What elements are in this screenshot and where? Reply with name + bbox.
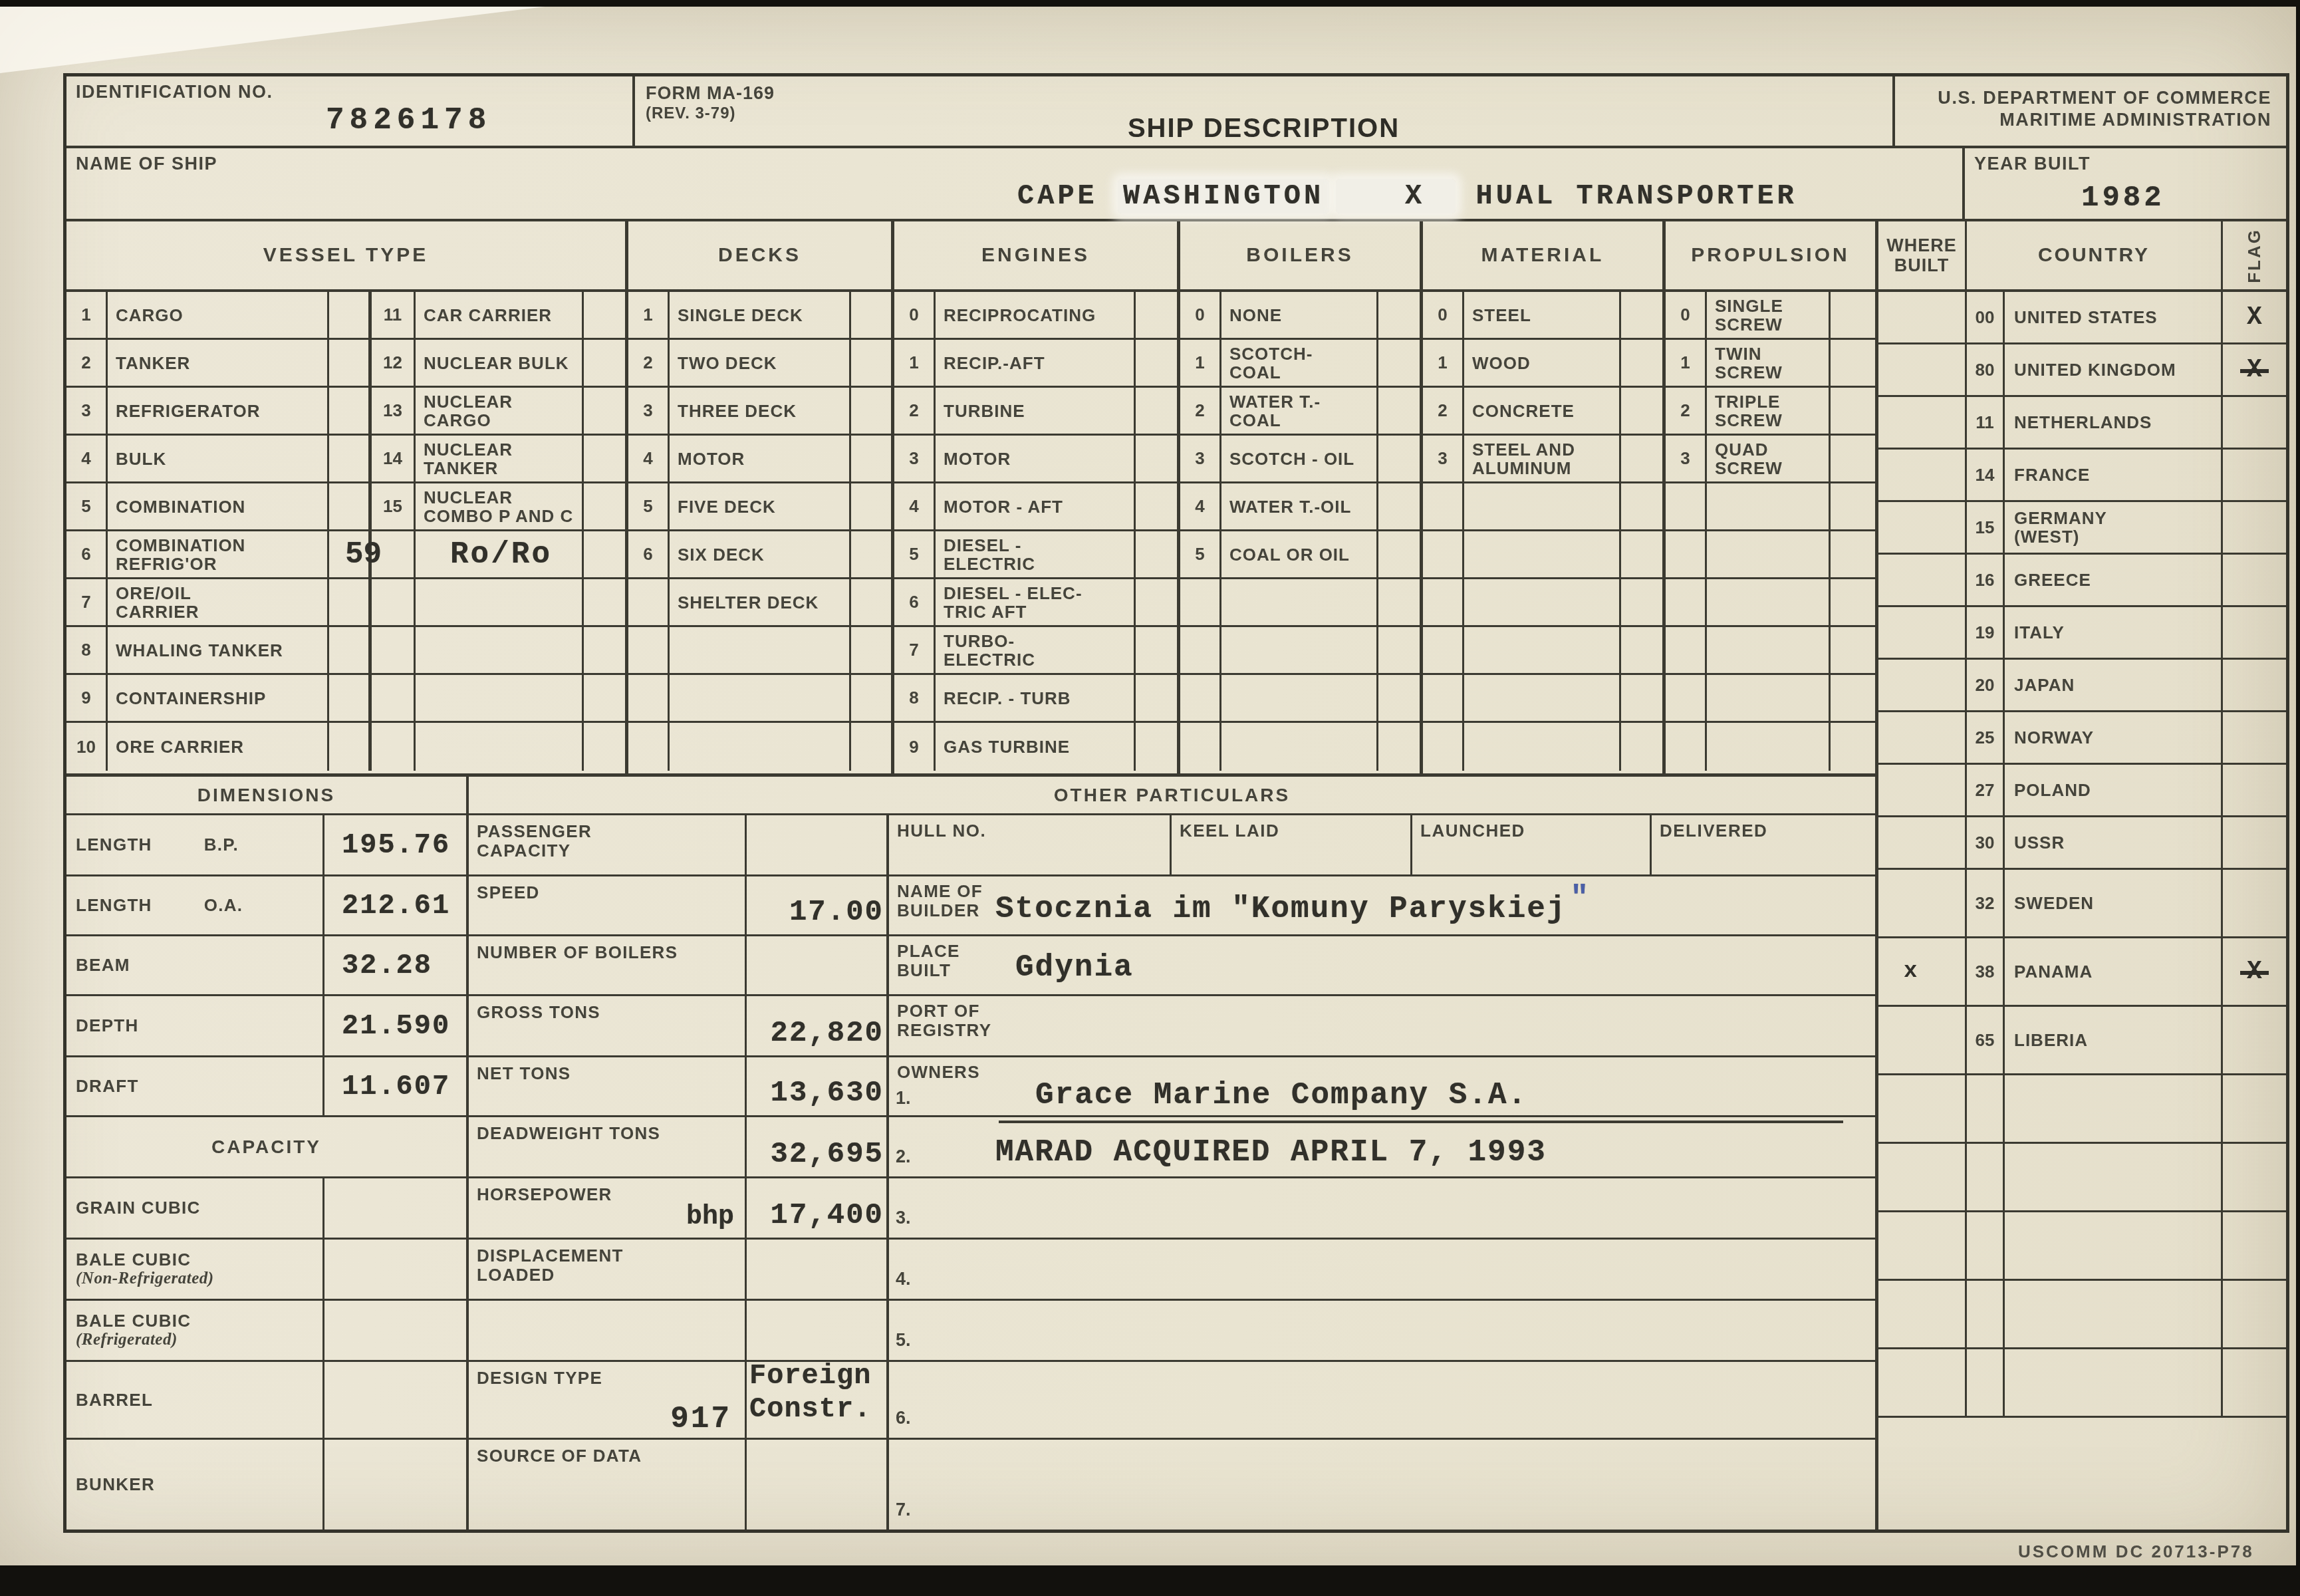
code-label: WOOD bbox=[1464, 340, 1621, 386]
dim-value-cell: 212.61 bbox=[324, 876, 469, 934]
empty-cell bbox=[372, 579, 416, 625]
flag-cell bbox=[2223, 607, 2286, 658]
flag-cell bbox=[2223, 1007, 2286, 1073]
empty-cell bbox=[1707, 627, 1831, 673]
code-row: 3STEEL AND ALUMINUM bbox=[1423, 436, 1662, 483]
capacity-label: BARREL bbox=[76, 1391, 322, 1410]
code-row bbox=[1180, 723, 1420, 771]
flag-cell bbox=[2223, 555, 2286, 605]
code-row: SHELTER DECK bbox=[628, 579, 891, 627]
code-row bbox=[1666, 723, 1875, 771]
country-row: 65LIBERIA bbox=[1878, 1007, 2286, 1075]
code-number: 4 bbox=[628, 436, 670, 481]
particulars-row: BEAM 32.28 NUMBER OF BOILERS PLACE BUILT… bbox=[66, 936, 1875, 996]
empty-cell bbox=[1423, 579, 1464, 625]
country-code: 16 bbox=[1967, 555, 2005, 605]
check-cell bbox=[1831, 531, 1875, 577]
dim-value: 32.28 bbox=[342, 950, 432, 982]
code-row: 7ORE/OIL CARRIER bbox=[66, 579, 625, 627]
code-number: 2 bbox=[1423, 388, 1464, 434]
check-cell bbox=[1621, 627, 1662, 673]
empty-cell bbox=[670, 675, 851, 721]
registry-header: WHERE BUILT COUNTRY FLAG bbox=[1878, 221, 2286, 292]
capacity-label-cell: BALE CUBIC(Refrigerated) bbox=[66, 1301, 324, 1360]
check-cell bbox=[1621, 340, 1662, 386]
check-cell bbox=[1831, 627, 1875, 673]
country-header: COUNTRY bbox=[1967, 221, 2223, 289]
mid-value: 17.00 bbox=[789, 896, 884, 929]
check-cell bbox=[329, 579, 372, 625]
check-cell bbox=[1621, 675, 1662, 721]
dim-value: 21.590 bbox=[342, 1010, 450, 1042]
check-cell bbox=[851, 723, 891, 771]
empty-cell bbox=[372, 675, 416, 721]
mid-label: DESIGN TYPE bbox=[477, 1368, 602, 1388]
particulars-section: DIMENSIONS OTHER PARTICULARS LENGTHB.P. … bbox=[66, 773, 1875, 1529]
empty-cell bbox=[2005, 1212, 2223, 1279]
code-number: 12 bbox=[372, 340, 416, 386]
mid-label-cell: SOURCE OF DATA bbox=[469, 1440, 747, 1529]
empty-cell bbox=[1464, 675, 1621, 721]
mid-label-cell: PASSENGER CAPACITY bbox=[469, 815, 747, 874]
code-number: 13 bbox=[372, 388, 416, 434]
where-built-cell bbox=[1878, 344, 1967, 395]
dim-label: BEAM bbox=[66, 936, 324, 994]
mid-label: NET TONS bbox=[477, 1063, 571, 1083]
capacity-label-cell: GRAIN CUBIC bbox=[66, 1178, 324, 1238]
capacity-label: GRAIN CUBIC bbox=[76, 1198, 322, 1218]
code-row: 1WOOD bbox=[1423, 340, 1662, 388]
mid-label-cell bbox=[469, 1301, 747, 1360]
where-built-cell bbox=[1878, 292, 1967, 342]
empty-cell bbox=[628, 675, 670, 721]
code-row bbox=[1666, 483, 1875, 531]
code-number: 7 bbox=[894, 627, 936, 673]
check-cell bbox=[1621, 579, 1662, 625]
code-row: 3SCOTCH - OIL bbox=[1180, 436, 1420, 483]
country-code: 14 bbox=[1967, 450, 2005, 500]
dimensions-header: DIMENSIONS bbox=[66, 777, 469, 813]
country-code: 38 bbox=[1967, 938, 2005, 1005]
code-row: 8RECIP. - TURB bbox=[894, 675, 1177, 723]
code-label: DIESEL - ELECTRIC bbox=[936, 531, 1136, 577]
code-number: 0 bbox=[1423, 292, 1464, 338]
capacity-value-cell bbox=[324, 1178, 469, 1238]
empty-cell bbox=[416, 675, 584, 721]
country-name: USSR bbox=[2005, 817, 2223, 868]
ship-name-overtype: X bbox=[1336, 179, 1456, 213]
empty-cell bbox=[2005, 1349, 2223, 1416]
other-particulars-header: OTHER PARTICULARS bbox=[469, 777, 1875, 813]
code-row: 2WATER T.- COAL bbox=[1180, 388, 1420, 436]
flag-label: FLAG bbox=[2244, 228, 2265, 283]
where-built-cell bbox=[1878, 660, 1967, 710]
empty-cell bbox=[1666, 627, 1707, 673]
check-cell bbox=[1378, 483, 1420, 529]
check-cell bbox=[1378, 436, 1420, 481]
empty-cell bbox=[1180, 675, 1221, 721]
code-row: 4MOTOR bbox=[628, 436, 891, 483]
country-code: 80 bbox=[1967, 344, 2005, 395]
empty-cell bbox=[1707, 531, 1831, 577]
code-row bbox=[1180, 627, 1420, 675]
country-name: SWEDEN bbox=[2005, 870, 2223, 936]
code-row bbox=[1666, 675, 1875, 723]
design-type-note: Foreign Constr. bbox=[747, 1359, 886, 1426]
code-row bbox=[1423, 483, 1662, 531]
mid-value: 17,400 bbox=[771, 1199, 884, 1232]
owner-row-cell: 2.MARAD ACQUIRED APRIL 7, 1993 bbox=[889, 1117, 1875, 1176]
code-number: 8 bbox=[66, 627, 108, 673]
check-cell bbox=[329, 388, 372, 434]
country-name: NORWAY bbox=[2005, 712, 2223, 763]
code-label: WATER T.-OIL bbox=[1221, 483, 1378, 529]
check-cell bbox=[584, 340, 625, 386]
empty-cell bbox=[416, 627, 584, 673]
empty-cell bbox=[1707, 483, 1831, 529]
code-row: 3REFRIGERATOR13NUCLEAR CARGO bbox=[66, 388, 625, 436]
code-label: NUCLEAR COMBO P AND C bbox=[416, 483, 584, 529]
code-label: MOTOR bbox=[670, 436, 851, 481]
code-row: 2TANKER12NUCLEAR BULK bbox=[66, 340, 625, 388]
country-row: 25NORWAY bbox=[1878, 712, 2286, 765]
owner-number: 3. bbox=[896, 1208, 911, 1228]
check-cell bbox=[1378, 723, 1420, 771]
owner-row-cell: 4. bbox=[889, 1240, 1875, 1299]
mid-label: GROSS TONS bbox=[477, 1002, 600, 1022]
check-cell bbox=[584, 723, 625, 771]
mid-label-cell: DESIGN TYPE917 bbox=[469, 1362, 747, 1438]
government-print-code: USCOMM DC 20713-P78 bbox=[2018, 1541, 2254, 1562]
decks-header: DECKS bbox=[628, 221, 891, 292]
check-cell bbox=[1136, 483, 1177, 529]
typed-vessel-label-value: Ro/Ro bbox=[450, 545, 552, 564]
code-row: 5FIVE DECK bbox=[628, 483, 891, 531]
code-row bbox=[628, 675, 891, 723]
mid-value-cell bbox=[747, 936, 889, 994]
mid-value-cell: 32,695 bbox=[747, 1117, 889, 1176]
check-cell bbox=[1831, 388, 1875, 434]
empty-cell bbox=[2005, 1281, 2223, 1347]
where-built-cell bbox=[1878, 1281, 1967, 1347]
country-name: PANAMA bbox=[2005, 938, 2223, 1005]
code-row: 8WHALING TANKER bbox=[66, 627, 625, 675]
code-row bbox=[1423, 675, 1662, 723]
check-cell bbox=[584, 292, 625, 338]
check-cell bbox=[1378, 675, 1420, 721]
code-number: 2 bbox=[894, 388, 936, 434]
empty-cell bbox=[2005, 1144, 2223, 1210]
where-built-cell bbox=[1878, 765, 1967, 815]
code-number: 3 bbox=[1180, 436, 1221, 481]
code-label: THREE DECK bbox=[670, 388, 851, 434]
check-cell bbox=[1136, 340, 1177, 386]
owners-cell: OWNERS 1. Grace Marine Company S.A. bbox=[889, 1057, 1875, 1115]
code-row: 6COMBINATION REFRIG'OR59Ro/Ro bbox=[66, 531, 625, 579]
dim-label-main: BEAM bbox=[76, 956, 130, 975]
department-line1: U.S. DEPARTMENT OF COMMERCE bbox=[1895, 87, 2271, 109]
code-row: 3THREE DECK bbox=[628, 388, 891, 436]
code-number: 0 bbox=[1666, 292, 1707, 338]
mid-value-cell: Foreign Constr. bbox=[747, 1362, 889, 1438]
propulsion-header: PROPULSION bbox=[1666, 221, 1875, 292]
check-cell bbox=[1378, 531, 1420, 577]
year-built-label: YEAR BUILT bbox=[1974, 154, 2091, 174]
check-cell bbox=[329, 436, 372, 481]
flag-cell bbox=[2223, 817, 2286, 868]
code-number: 5 bbox=[894, 531, 936, 577]
code-row: 1RECIP.-AFT bbox=[894, 340, 1177, 388]
flag-cell bbox=[2223, 397, 2286, 448]
check-cell bbox=[329, 675, 372, 721]
check-cell bbox=[329, 483, 372, 529]
dim-value-cell: 195.76 bbox=[324, 815, 469, 874]
where-built-cell bbox=[1878, 397, 1967, 448]
dim-label-abbrev: B.P. bbox=[204, 835, 239, 855]
code-label: RECIP. - TURB bbox=[936, 675, 1136, 721]
code-row bbox=[1180, 675, 1420, 723]
mid-label: DISPLACEMENT LOADED bbox=[477, 1246, 624, 1285]
code-label: SCOTCH - OIL bbox=[1221, 436, 1378, 481]
code-row: 2TWO DECK bbox=[628, 340, 891, 388]
check-cell bbox=[584, 579, 625, 625]
code-label: NUCLEAR TANKER bbox=[416, 436, 584, 481]
mid-label: DEADWEIGHT TONS bbox=[477, 1123, 660, 1143]
flag-cell bbox=[2223, 1212, 2286, 1279]
where-built-cell bbox=[1878, 1075, 1967, 1142]
where-built-cell bbox=[1878, 870, 1967, 936]
code-row: 6DIESEL - ELEC- TRIC AFT bbox=[894, 579, 1177, 627]
check-cell bbox=[1378, 292, 1420, 338]
hull-no-label: HULL NO. bbox=[889, 815, 1172, 874]
hull-dates-cell: HULL NO. KEEL LAID LAUNCHED DELIVERED bbox=[889, 815, 1875, 874]
code-number: 1 bbox=[1666, 340, 1707, 386]
capacity-value-cell bbox=[324, 1301, 469, 1360]
flag-cell bbox=[2223, 870, 2286, 936]
code-label: CARGO bbox=[108, 292, 329, 338]
code-row: 5COAL OR OIL bbox=[1180, 531, 1420, 579]
capacity-value-cell bbox=[324, 1362, 469, 1438]
code-row: 4BULK14NUCLEAR TANKER bbox=[66, 436, 625, 483]
capacity-value-cell bbox=[324, 1440, 469, 1529]
dim-value: 212.61 bbox=[342, 890, 450, 922]
particulars-row: LENGTHB.P. 195.76 PASSENGER CAPACITY HUL… bbox=[66, 815, 1875, 876]
particulars-row: GRAIN CUBIC HORSEPOWERbhp 17,400 3. bbox=[66, 1178, 1875, 1240]
where-built-cell bbox=[1878, 502, 1967, 553]
code-number: 11 bbox=[372, 292, 416, 338]
registry-strip: WHERE BUILT COUNTRY FLAG 00UNITED STATES… bbox=[1875, 221, 2286, 1529]
code-number: 15 bbox=[372, 483, 416, 529]
material-header: MATERIAL bbox=[1423, 221, 1662, 292]
empty-cell bbox=[1666, 531, 1707, 577]
section-decks: DECKS 1SINGLE DECK 2TWO DECK 3THREE DECK… bbox=[628, 221, 894, 773]
dim-label: LENGTHB.P. bbox=[66, 815, 324, 874]
code-label: QUAD SCREW bbox=[1707, 436, 1831, 481]
check-cell bbox=[1621, 436, 1662, 481]
flag-cell bbox=[2223, 1281, 2286, 1347]
check-cell bbox=[851, 627, 891, 673]
mid-value-cell: 22,820 bbox=[747, 996, 889, 1055]
country-row: 15GERMANY (WEST) bbox=[1878, 502, 2286, 555]
code-label: STEEL bbox=[1464, 292, 1621, 338]
country-row-empty bbox=[1878, 1349, 2286, 1418]
mid-label: SOURCE OF DATA bbox=[477, 1446, 642, 1466]
page-title: SHIP DESCRIPTION bbox=[635, 114, 1892, 144]
empty-cell bbox=[1464, 483, 1621, 529]
flag-cell bbox=[2223, 450, 2286, 500]
code-number: 4 bbox=[1180, 483, 1221, 529]
country-row: 16GREECE bbox=[1878, 555, 2286, 607]
check-cell bbox=[1621, 483, 1662, 529]
section-material: MATERIAL 0STEEL 1WOOD 2CONCRETE 3STEEL A… bbox=[1423, 221, 1666, 773]
code-label: SINGLE SCREW bbox=[1707, 292, 1831, 338]
builder-cell: NAME OF BUILDER Stocznia im "Komuny Pary… bbox=[889, 876, 1875, 934]
check-cell bbox=[1136, 531, 1177, 577]
mid-value: 32,695 bbox=[771, 1138, 884, 1171]
mid-value-cell bbox=[747, 1240, 889, 1299]
code-row: 4WATER T.-OIL bbox=[1180, 483, 1420, 531]
code-number: 2 bbox=[628, 340, 670, 386]
check-cell bbox=[851, 579, 891, 625]
empty-cell bbox=[1666, 675, 1707, 721]
flag-cell: X bbox=[2223, 938, 2286, 1005]
country-row: 27POLAND bbox=[1878, 765, 2286, 817]
code-label: TWIN SCREW bbox=[1707, 340, 1831, 386]
code-number bbox=[628, 579, 670, 625]
check-cell bbox=[1621, 531, 1662, 577]
code-label: WHALING TANKER bbox=[108, 627, 329, 673]
check-cell bbox=[1136, 627, 1177, 673]
empty-cell bbox=[416, 723, 584, 771]
check-cell bbox=[1136, 388, 1177, 434]
dim-label-abbrev: O.A. bbox=[204, 896, 243, 915]
code-label: BULK bbox=[108, 436, 329, 481]
design-type-value: 917 bbox=[670, 1402, 731, 1436]
empty-cell bbox=[1967, 1212, 2005, 1279]
mid-label-cell: NET TONS bbox=[469, 1057, 747, 1115]
check-cell bbox=[584, 483, 625, 529]
country-row-empty bbox=[1878, 1144, 2286, 1212]
country-name: UNITED KINGDOM bbox=[2005, 344, 2223, 395]
code-row: 1SCOTCH- COAL bbox=[1180, 340, 1420, 388]
code-row: 3QUAD SCREW bbox=[1666, 436, 1875, 483]
particulars-row: DRAFT 11.607 NET TONS 13,630 OWNERS 1. G… bbox=[66, 1057, 1875, 1117]
country-code: 19 bbox=[1967, 607, 2005, 658]
delivered-label: DELIVERED bbox=[1652, 815, 1875, 874]
empty-cell bbox=[1221, 675, 1378, 721]
country-name: GERMANY (WEST) bbox=[2005, 502, 2223, 553]
check-cell bbox=[1831, 483, 1875, 529]
flag-header: FLAG bbox=[2223, 228, 2286, 283]
empty-cell bbox=[670, 723, 851, 771]
check-cell bbox=[851, 675, 891, 721]
check-cell bbox=[584, 436, 625, 481]
where-built-cell: x bbox=[1878, 938, 1967, 1005]
mid-label: SPEED bbox=[477, 882, 540, 902]
empty-cell bbox=[1707, 675, 1831, 721]
code-number: 1 bbox=[1423, 340, 1464, 386]
code-number: 3 bbox=[1423, 436, 1464, 481]
code-row bbox=[1180, 579, 1420, 627]
code-row bbox=[628, 627, 891, 675]
country-name: JAPAN bbox=[2005, 660, 2223, 710]
code-number: 6 bbox=[66, 531, 108, 577]
owner-number: 5. bbox=[896, 1330, 911, 1351]
country-row-empty bbox=[1878, 1281, 2286, 1349]
empty-cell bbox=[1666, 723, 1707, 771]
code-number: 4 bbox=[66, 436, 108, 481]
country-name: UNITED STATES bbox=[2005, 292, 2223, 342]
check-cell bbox=[1621, 292, 1662, 338]
dim-label-main: LENGTH bbox=[76, 835, 152, 855]
empty-cell bbox=[1464, 531, 1621, 577]
code-number: 5 bbox=[66, 483, 108, 529]
where-built-cell bbox=[1878, 607, 1967, 658]
code-label: TURBINE bbox=[936, 388, 1136, 434]
check-cell bbox=[329, 292, 372, 338]
code-number: 1 bbox=[66, 292, 108, 338]
code-row: 4MOTOR - AFT bbox=[894, 483, 1177, 531]
check-cell bbox=[1136, 436, 1177, 481]
country-code: 15 bbox=[1967, 502, 2005, 553]
country-row: x38PANAMAX bbox=[1878, 938, 2286, 1007]
code-row bbox=[628, 723, 891, 771]
code-row: 6SIX DECK bbox=[628, 531, 891, 579]
code-row bbox=[1423, 627, 1662, 675]
country-code: 65 bbox=[1967, 1007, 2005, 1073]
code-row: 1SINGLE DECK bbox=[628, 292, 891, 340]
dim-value: 11.607 bbox=[342, 1071, 450, 1103]
where-built-cell bbox=[1878, 817, 1967, 868]
capacity-label-cell: BARREL bbox=[66, 1362, 324, 1438]
code-number: 0 bbox=[1180, 292, 1221, 338]
country-code: 11 bbox=[1967, 397, 2005, 448]
code-label: RECIPROCATING bbox=[936, 292, 1136, 338]
owner-number: 2. bbox=[896, 1146, 911, 1167]
dim-label: LENGTHO.A. bbox=[66, 876, 324, 934]
where-built-cell bbox=[1878, 1212, 1967, 1279]
empty-cell bbox=[1666, 483, 1707, 529]
mid-label-cell: DEADWEIGHT TONS bbox=[469, 1117, 747, 1176]
empty-cell bbox=[1707, 579, 1831, 625]
code-label: NUCLEAR BULK bbox=[416, 340, 584, 386]
code-label: SHELTER DECK bbox=[670, 579, 851, 625]
code-label: SINGLE DECK bbox=[670, 292, 851, 338]
code-number: 1 bbox=[894, 340, 936, 386]
empty-cell bbox=[1423, 723, 1464, 771]
vessel-type-header: VESSEL TYPE bbox=[66, 221, 625, 292]
mid-value-cell: 17.00 bbox=[747, 876, 889, 934]
particulars-row: BALE CUBIC(Non-Refrigerated) DISPLACEMEN… bbox=[66, 1240, 1875, 1301]
empty-cell bbox=[372, 723, 416, 771]
check-cell bbox=[1831, 436, 1875, 481]
empty-cell bbox=[1464, 723, 1621, 771]
flag-cell bbox=[2223, 1075, 2286, 1142]
flag-cell bbox=[2223, 1349, 2286, 1416]
ship-name-label: NAME OF SHIP bbox=[76, 154, 217, 174]
empty-cell bbox=[1221, 723, 1378, 771]
code-row: 2TURBINE bbox=[894, 388, 1177, 436]
empty-cell bbox=[1707, 723, 1831, 771]
place-built-cell: PLACE BUILT Gdynia bbox=[889, 936, 1875, 994]
owner-row-cell: 6. bbox=[889, 1362, 1875, 1438]
code-number: 3 bbox=[66, 388, 108, 434]
flag-struck-x-mark: X bbox=[2247, 356, 2262, 384]
country-row-empty bbox=[1878, 1212, 2286, 1281]
flag-cell bbox=[2223, 712, 2286, 763]
dim-label-main: DRAFT bbox=[76, 1077, 139, 1096]
code-number: 4 bbox=[894, 483, 936, 529]
